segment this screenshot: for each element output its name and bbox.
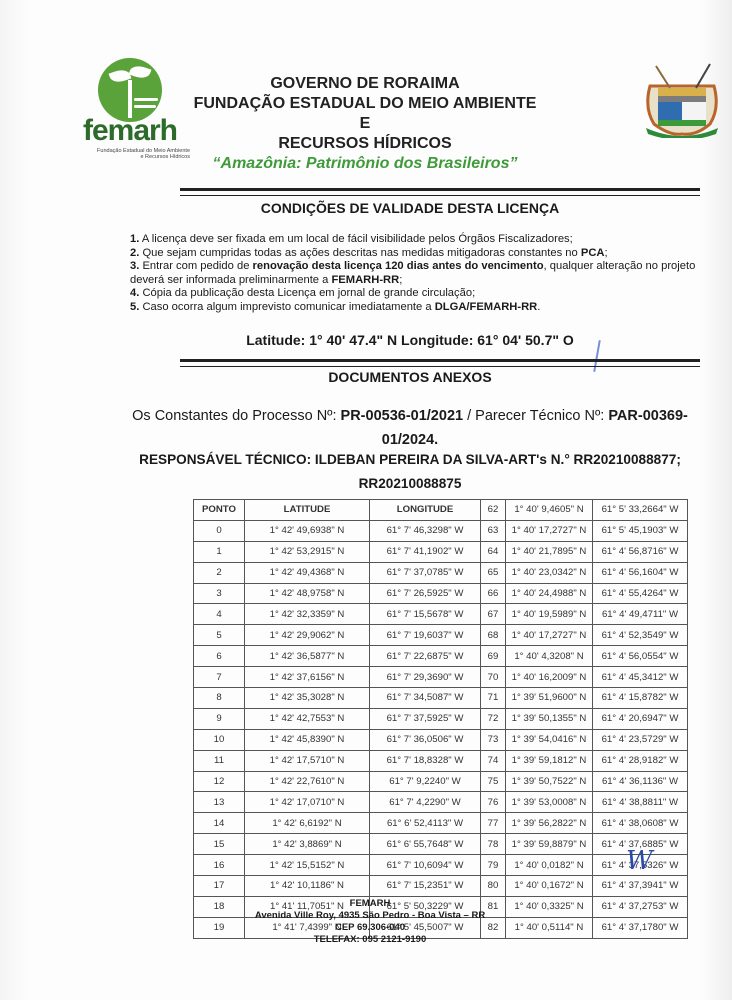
point-number: 2 <box>194 562 245 583</box>
latitude-cell: 1° 40' 23,0342" N <box>506 562 593 583</box>
longitude-cell: 61° 6' 52,4113" W <box>370 813 481 834</box>
latitude-cell: 1° 40' 4,3208" N <box>506 646 593 667</box>
table-row: 61° 42' 36,5877" N61° 7' 22,6875" W691° … <box>194 646 688 667</box>
table-row: 111° 42' 17,5710" N61° 7' 18,8328" W741°… <box>194 750 688 771</box>
longitude-cell: 61° 7' 4,2290" W <box>370 792 481 813</box>
point-number: 73 <box>481 729 506 750</box>
roraima-coat-of-arms-icon <box>640 58 724 138</box>
coordinates-table: PONTO LATITUDE LONGITUDE 62 1° 40' 9,460… <box>193 499 688 939</box>
latitude-cell: 1° 42' 45,8390" N <box>245 729 370 750</box>
latitude-cell: 1° 39' 50,1355" N <box>506 708 593 729</box>
divider-rule <box>180 188 700 196</box>
longitude-cell: 61° 4' 23,5729" W <box>593 729 688 750</box>
process-reference: Os Constantes do Processo Nº: PR-00536-0… <box>130 404 690 452</box>
longitude-cell: 61° 4' 38,8811" W <box>593 792 688 813</box>
latitude-cell: 1° 42' 15,5152" N <box>245 855 370 876</box>
point-number: 66 <box>481 583 506 604</box>
latitude-cell: 1° 39' 59,1812" N <box>506 750 593 771</box>
longitude-cell: 61° 4' 36,1136" W <box>593 771 688 792</box>
table-row: 91° 42' 42,7553" N61° 7' 37,5925" W721° … <box>194 708 688 729</box>
point-number: 3 <box>194 583 245 604</box>
longitude-cell: 61° 5' 33,2664" W <box>593 500 688 521</box>
condition-item: 2. Que sejam cumpridas todas as ações de… <box>130 247 700 261</box>
header-ponto: PONTO <box>194 500 245 521</box>
point-number: 9 <box>194 708 245 729</box>
point-number: 71 <box>481 688 506 709</box>
point-number: 17 <box>194 876 245 897</box>
longitude-cell: 61° 7' 37,0785" W <box>370 562 481 583</box>
longitude-cell: 61° 5' 45,1903" W <box>593 520 688 541</box>
longitude-cell: 61° 7' 46,3298" W <box>370 520 481 541</box>
point-number: 64 <box>481 541 506 562</box>
longitude-cell: 61° 7' 15,5678" W <box>370 604 481 625</box>
point-number: 77 <box>481 813 506 834</box>
point-number: 79 <box>481 855 506 876</box>
table-row: 131° 42' 17,0710" N61° 7' 4,2290" W761° … <box>194 792 688 813</box>
point-number: 68 <box>481 625 506 646</box>
header-longitude: LONGITUDE <box>370 500 481 521</box>
longitude-cell: 61° 7' 34,5087" W <box>370 688 481 709</box>
longitude-cell: 61° 4' 55,4264" W <box>593 583 688 604</box>
document-footer: FEMARH Avenida Ville Roy, 4935 São Pedro… <box>180 898 560 946</box>
point-number: 10 <box>194 729 245 750</box>
latitude-cell: 1° 42' 3,8869" N <box>245 834 370 855</box>
latitude-cell: 1° 42' 49,6938" N <box>245 520 370 541</box>
latitude-cell: 1° 42' 32,3359" N <box>245 604 370 625</box>
table-row: 81° 42' 35,3028" N61° 7' 34,5087" W711° … <box>194 688 688 709</box>
femarh-logo: femarh Fundação Estadual do Meio Ambient… <box>70 58 190 158</box>
responsible-technician: RESPONSÁVEL TÉCNICO: ILDEBAN PEREIRA DA … <box>130 448 690 496</box>
longitude-cell: 61° 7' 19,6037" W <box>370 625 481 646</box>
condition-item: 3. Entrar com pedido de renovação desta … <box>130 260 700 287</box>
longitude-cell: 61° 7' 36,0506" W <box>370 729 481 750</box>
point-number: 78 <box>481 834 506 855</box>
latitude-cell: 1° 40' 24,4988" N <box>506 583 593 604</box>
longitude-cell: 61° 4' 52,3549" W <box>593 625 688 646</box>
point-number: 1 <box>194 541 245 562</box>
point-number: 16 <box>194 855 245 876</box>
longitude-cell: 61° 7' 10,6094" W <box>370 855 481 876</box>
longitude-cell: 61° 6' 55,7648" W <box>370 834 481 855</box>
table-row: 101° 42' 45,8390" N61° 7' 36,0506" W731°… <box>194 729 688 750</box>
point-number: 75 <box>481 771 506 792</box>
point-number: 8 <box>194 688 245 709</box>
point-number: 7 <box>194 667 245 688</box>
longitude-cell: 61° 4' 56,8716" W <box>593 541 688 562</box>
latitude-cell: 1° 42' 17,0710" N <box>245 792 370 813</box>
latitude-cell: 1° 40' 21,7895" N <box>506 541 593 562</box>
point-number: 74 <box>481 750 506 771</box>
handwritten-note: W <box>626 846 653 876</box>
latitude-cell: 1° 42' 36,5877" N <box>245 646 370 667</box>
point-number: 13 <box>194 792 245 813</box>
point-number: 11 <box>194 750 245 771</box>
longitude-cell: 61° 4' 38,0608" W <box>593 813 688 834</box>
latitude-cell: 1° 39' 54,0416" N <box>506 729 593 750</box>
longitude-cell: 61° 7' 18,8328" W <box>370 750 481 771</box>
point-number: 4 <box>194 604 245 625</box>
conditions-list: 1. A licença deve ser fixada em um local… <box>130 233 700 315</box>
process-number: PR-00536-01/2021 <box>341 408 464 424</box>
latitude-cell: 1° 42' 35,3028" N <box>245 688 370 709</box>
point-number: 6 <box>194 646 245 667</box>
longitude-cell: 61° 4' 15,8782" W <box>593 688 688 709</box>
longitude-cell: 61° 7' 22,6875" W <box>370 646 481 667</box>
longitude-cell: 61° 4' 45,3412" W <box>593 667 688 688</box>
table-row: 171° 42' 10,1186" N61° 7' 15,2351" W801°… <box>194 876 688 897</box>
annexes-title: DOCUMENTOS ANEXOS <box>120 369 700 385</box>
table-row: 141° 42' 6,6192" N61° 6' 52,4113" W771° … <box>194 813 688 834</box>
latitude-cell: 1° 40' 0,0182" N <box>506 855 593 876</box>
latitude-cell: 1° 39' 50,7522" N <box>506 771 593 792</box>
latitude-cell: 1° 39' 53,0008" N <box>506 792 593 813</box>
point-number: 12 <box>194 771 245 792</box>
condition-item: 4. Cópia da publicação desta Licença em … <box>130 287 700 301</box>
latitude-cell: 1° 42' 42,7553" N <box>245 708 370 729</box>
leaf-logo-icon <box>98 58 162 122</box>
document-header: GOVERNO DE RORAIMA FUNDAÇÃO ESTADUAL DO … <box>190 74 540 174</box>
condition-item: 5. Caso ocorra algum imprevisto comunica… <box>130 301 700 315</box>
latitude-cell: 1° 42' 10,1186" N <box>245 876 370 897</box>
point-number: 5 <box>194 625 245 646</box>
table-row: 71° 42' 37,6156" N61° 7' 29,3690" W701° … <box>194 667 688 688</box>
logo-wordmark: femarh <box>70 114 190 148</box>
point-number: 0 <box>194 520 245 541</box>
longitude-cell: 61° 4' 56,1604" W <box>593 562 688 583</box>
longitude-cell: 61° 4' 56,0554" W <box>593 646 688 667</box>
conditions-title: CONDIÇÕES DE VALIDADE DESTA LICENÇA <box>120 200 700 216</box>
latitude-cell: 1° 40' 9,4605" N <box>506 500 593 521</box>
table-row: 21° 42' 49,4368" N61° 7' 37,0785" W651° … <box>194 562 688 583</box>
latitude-cell: 1° 42' 48,9758" N <box>245 583 370 604</box>
point-number: 76 <box>481 792 506 813</box>
latitude-cell: 1° 42' 37,6156" N <box>245 667 370 688</box>
longitude-cell: 61° 4' 49,4711" W <box>593 604 688 625</box>
longitude-cell: 61° 4' 37,2753" W <box>593 896 688 917</box>
document-page: femarh Fundação Estadual do Meio Ambient… <box>0 0 732 1000</box>
longitude-cell: 61° 4' 37,1780" W <box>593 917 688 938</box>
longitude-cell: 61° 7' 15,2351" W <box>370 876 481 897</box>
table-header-row: PONTO LATITUDE LONGITUDE 62 1° 40' 9,460… <box>194 500 688 521</box>
table-row: 51° 42' 29,9062" N61° 7' 19,6037" W681° … <box>194 625 688 646</box>
longitude-cell: 61° 7' 37,5925" W <box>370 708 481 729</box>
header-line-3: RECURSOS HÍDRICOS <box>190 134 540 154</box>
table-row: 151° 42' 3,8869" N61° 6' 55,7648" W781° … <box>194 834 688 855</box>
latitude-cell: 1° 42' 6,6192" N <box>245 813 370 834</box>
longitude-cell: 61° 7' 26,5925" W <box>370 583 481 604</box>
condition-item: 1. A licença deve ser fixada em um local… <box>130 233 700 247</box>
latitude-cell: 1° 42' 17,5710" N <box>245 750 370 771</box>
table-row: 121° 42' 22,7610" N61° 7' 9,2240" W751° … <box>194 771 688 792</box>
latitude-cell: 1° 39' 59,8879" N <box>506 834 593 855</box>
longitude-cell: 61° 4' 20,6947" W <box>593 708 688 729</box>
header-line-1: GOVERNO DE RORAIMA <box>190 74 540 94</box>
header-line-2: FUNDAÇÃO ESTADUAL DO MEIO AMBIENTE E <box>190 94 540 134</box>
latitude-cell: 1° 40' 16,2009" N <box>506 667 593 688</box>
latitude-cell: 1° 40' 0,1672" N <box>506 876 593 897</box>
longitude-cell: 61° 4' 37,3941" W <box>593 876 688 897</box>
logo-subtitle: Fundação Estadual do Meio Ambiente e Rec… <box>70 148 190 160</box>
point-number: 63 <box>481 520 506 541</box>
table-row: 161° 42' 15,5152" N61° 7' 10,6094" W791°… <box>194 855 688 876</box>
longitude-cell: 61° 4' 28,9182" W <box>593 750 688 771</box>
divider-rule <box>180 359 700 367</box>
longitude-cell: 61° 7' 41,1902" W <box>370 541 481 562</box>
longitude-cell: 61° 7' 9,2240" W <box>370 771 481 792</box>
latitude-cell: 1° 42' 49,4368" N <box>245 562 370 583</box>
point-number: 70 <box>481 667 506 688</box>
point-number: 69 <box>481 646 506 667</box>
point-number: 65 <box>481 562 506 583</box>
header-latitude: LATITUDE <box>245 500 370 521</box>
point-number: 72 <box>481 708 506 729</box>
point-number: 80 <box>481 876 506 897</box>
location-coordinates: Latitude: 1° 40' 47.4" N Longitude: 61° … <box>120 332 700 348</box>
latitude-cell: 1° 42' 22,7610" N <box>245 771 370 792</box>
latitude-cell: 1° 39' 51,9600" N <box>506 688 593 709</box>
latitude-cell: 1° 39' 56,2822" N <box>506 813 593 834</box>
table-row: 41° 42' 32,3359" N61° 7' 15,5678" W671° … <box>194 604 688 625</box>
point-number: 67 <box>481 604 506 625</box>
header-motto: “Amazônia: Patrimônio dos Brasileiros” <box>190 154 540 174</box>
point-number: 62 <box>481 500 506 521</box>
latitude-cell: 1° 40' 17,2727" N <box>506 520 593 541</box>
latitude-cell: 1° 40' 19,5989" N <box>506 604 593 625</box>
longitude-cell: 61° 7' 29,3690" W <box>370 667 481 688</box>
table-row: 01° 42' 49,6938" N61° 7' 46,3298" W631° … <box>194 520 688 541</box>
point-number: 14 <box>194 813 245 834</box>
point-number: 15 <box>194 834 245 855</box>
table-row: 11° 42' 53,2915" N61° 7' 41,1902" W641° … <box>194 541 688 562</box>
table-row: 31° 42' 48,9758" N61° 7' 26,5925" W661° … <box>194 583 688 604</box>
latitude-cell: 1° 40' 17,2727" N <box>506 625 593 646</box>
latitude-cell: 1° 42' 29,9062" N <box>245 625 370 646</box>
latitude-cell: 1° 42' 53,2915" N <box>245 541 370 562</box>
